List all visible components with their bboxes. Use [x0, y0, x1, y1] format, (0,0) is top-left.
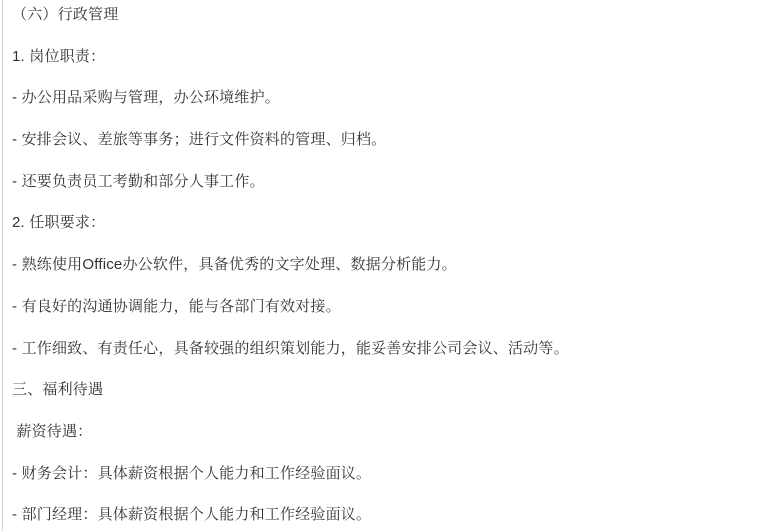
section-heading-admin: （六）行政管理	[12, 4, 749, 25]
subheading-requirements: 2. 任职要求：	[12, 212, 749, 233]
bullet-duty-supplies: - 办公用品采购与管理，办公环境维护。	[12, 87, 749, 108]
subheading-job-duties: 1. 岗位职责：	[12, 46, 749, 67]
bullet-req-organization: - 工作细致、有责任心，具备较强的组织策划能力，能妥善安排公司会议、活动等。	[12, 338, 749, 359]
document-body: （六）行政管理 1. 岗位职责： - 办公用品采购与管理，办公环境维护。 - 安…	[2, 0, 761, 531]
bullet-duty-attendance: - 还要负责员工考勤和部分人事工作。	[12, 171, 749, 192]
bullet-salary-manager: - 部门经理：具体薪资根据个人能力和工作经验面议。	[12, 504, 749, 525]
label-salary: 薪资待遇：	[12, 421, 749, 442]
bullet-req-communication: - 有良好的沟通协调能力，能与各部门有效对接。	[12, 296, 749, 317]
bullet-salary-accountant: - 财务会计：具体薪资根据个人能力和工作经验面议。	[12, 463, 749, 484]
bullet-req-office-skills: - 熟练使用Office办公软件，具备优秀的文字处理、数据分析能力。	[12, 254, 749, 275]
section-heading-benefits: 三、福利待遇	[12, 379, 749, 400]
bullet-duty-meetings: - 安排会议、差旅等事务；进行文件资料的管理、归档。	[12, 129, 749, 150]
